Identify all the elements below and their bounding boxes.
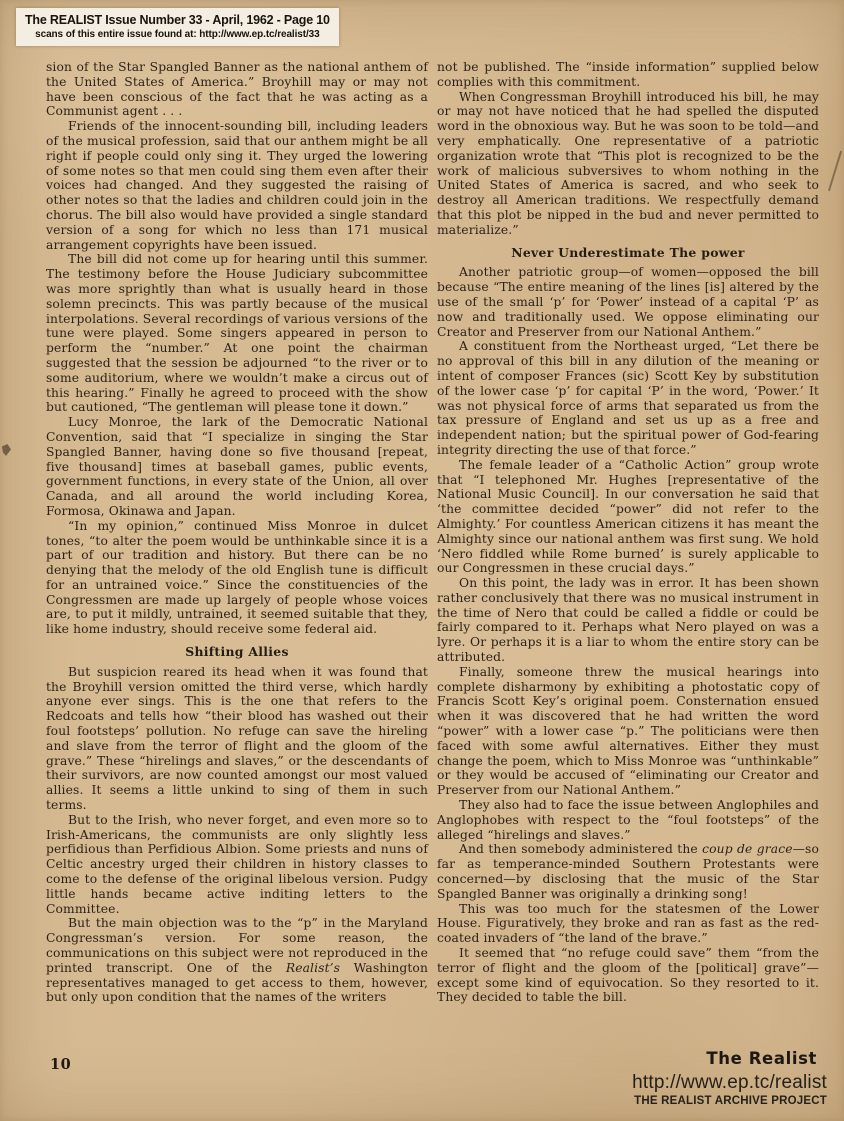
body-paragraph: Friends of the innocent-sounding bill, i…: [46, 119, 428, 252]
body-paragraph: Another patriotic group—of women—opposed…: [437, 265, 819, 339]
section-heading: Shifting Allies: [46, 645, 428, 660]
stray-ink-mark: [2, 444, 11, 456]
body-paragraph: It seemed that “no refuge could save” th…: [437, 946, 819, 1005]
right-text-column: not be published. The “inside informatio…: [437, 60, 819, 1005]
body-paragraph: But suspicion reared its head when it wa…: [46, 665, 428, 813]
banner-scan-source: scans of this entire issue found at: htt…: [25, 28, 330, 41]
section-heading: Never Underestimate The power: [437, 246, 819, 261]
body-paragraph: sion of the Star Spangled Banner as the …: [46, 60, 428, 119]
body-paragraph: Lucy Monroe, the lark of the Democratic …: [46, 415, 428, 519]
banner-issue-title: The REALIST Issue Number 33 - April, 196…: [25, 12, 330, 28]
archive-project-label: THE REALIST ARCHIVE PROJECT: [632, 1094, 827, 1108]
scan-info-banner: The REALIST Issue Number 33 - April, 196…: [16, 8, 339, 46]
body-paragraph: A constituent from the Northeast urged, …: [437, 339, 819, 457]
magazine-signature: The Realist: [706, 1049, 817, 1068]
body-paragraph: The female leader of a “Catholic Action”…: [437, 458, 819, 576]
scanned-magazine-page: The REALIST Issue Number 33 - April, 196…: [0, 0, 844, 1121]
body-paragraph: But the main objection was to the “p” in…: [46, 916, 428, 1005]
body-paragraph: They also had to face the issue between …: [437, 798, 819, 842]
body-paragraph: But to the Irish, who never forget, and …: [46, 813, 428, 917]
page-number: 10: [50, 1056, 71, 1073]
body-paragraph: When Congressman Broyhill introduced his…: [437, 90, 819, 238]
body-paragraph: not be published. The “inside informatio…: [437, 60, 819, 90]
body-paragraph: And then somebody administered the coup …: [437, 842, 819, 901]
body-paragraph: On this point, the lady was in error. It…: [437, 576, 819, 665]
left-text-column: sion of the Star Spangled Banner as the …: [46, 60, 428, 1005]
body-paragraph: Finally, someone threw the musical heari…: [437, 665, 819, 798]
archive-footer: http://www.ep.tc/realist THE REALIST ARC…: [632, 1072, 827, 1108]
archive-url: http://www.ep.tc/realist: [632, 1072, 827, 1094]
body-paragraph: This was too much for the statesmen of t…: [437, 902, 819, 946]
body-paragraph: “In my opinion,” continued Miss Monroe i…: [46, 519, 428, 637]
body-paragraph: The bill did not come up for hearing unt…: [46, 252, 428, 415]
paper-crease-mark: [828, 151, 842, 192]
